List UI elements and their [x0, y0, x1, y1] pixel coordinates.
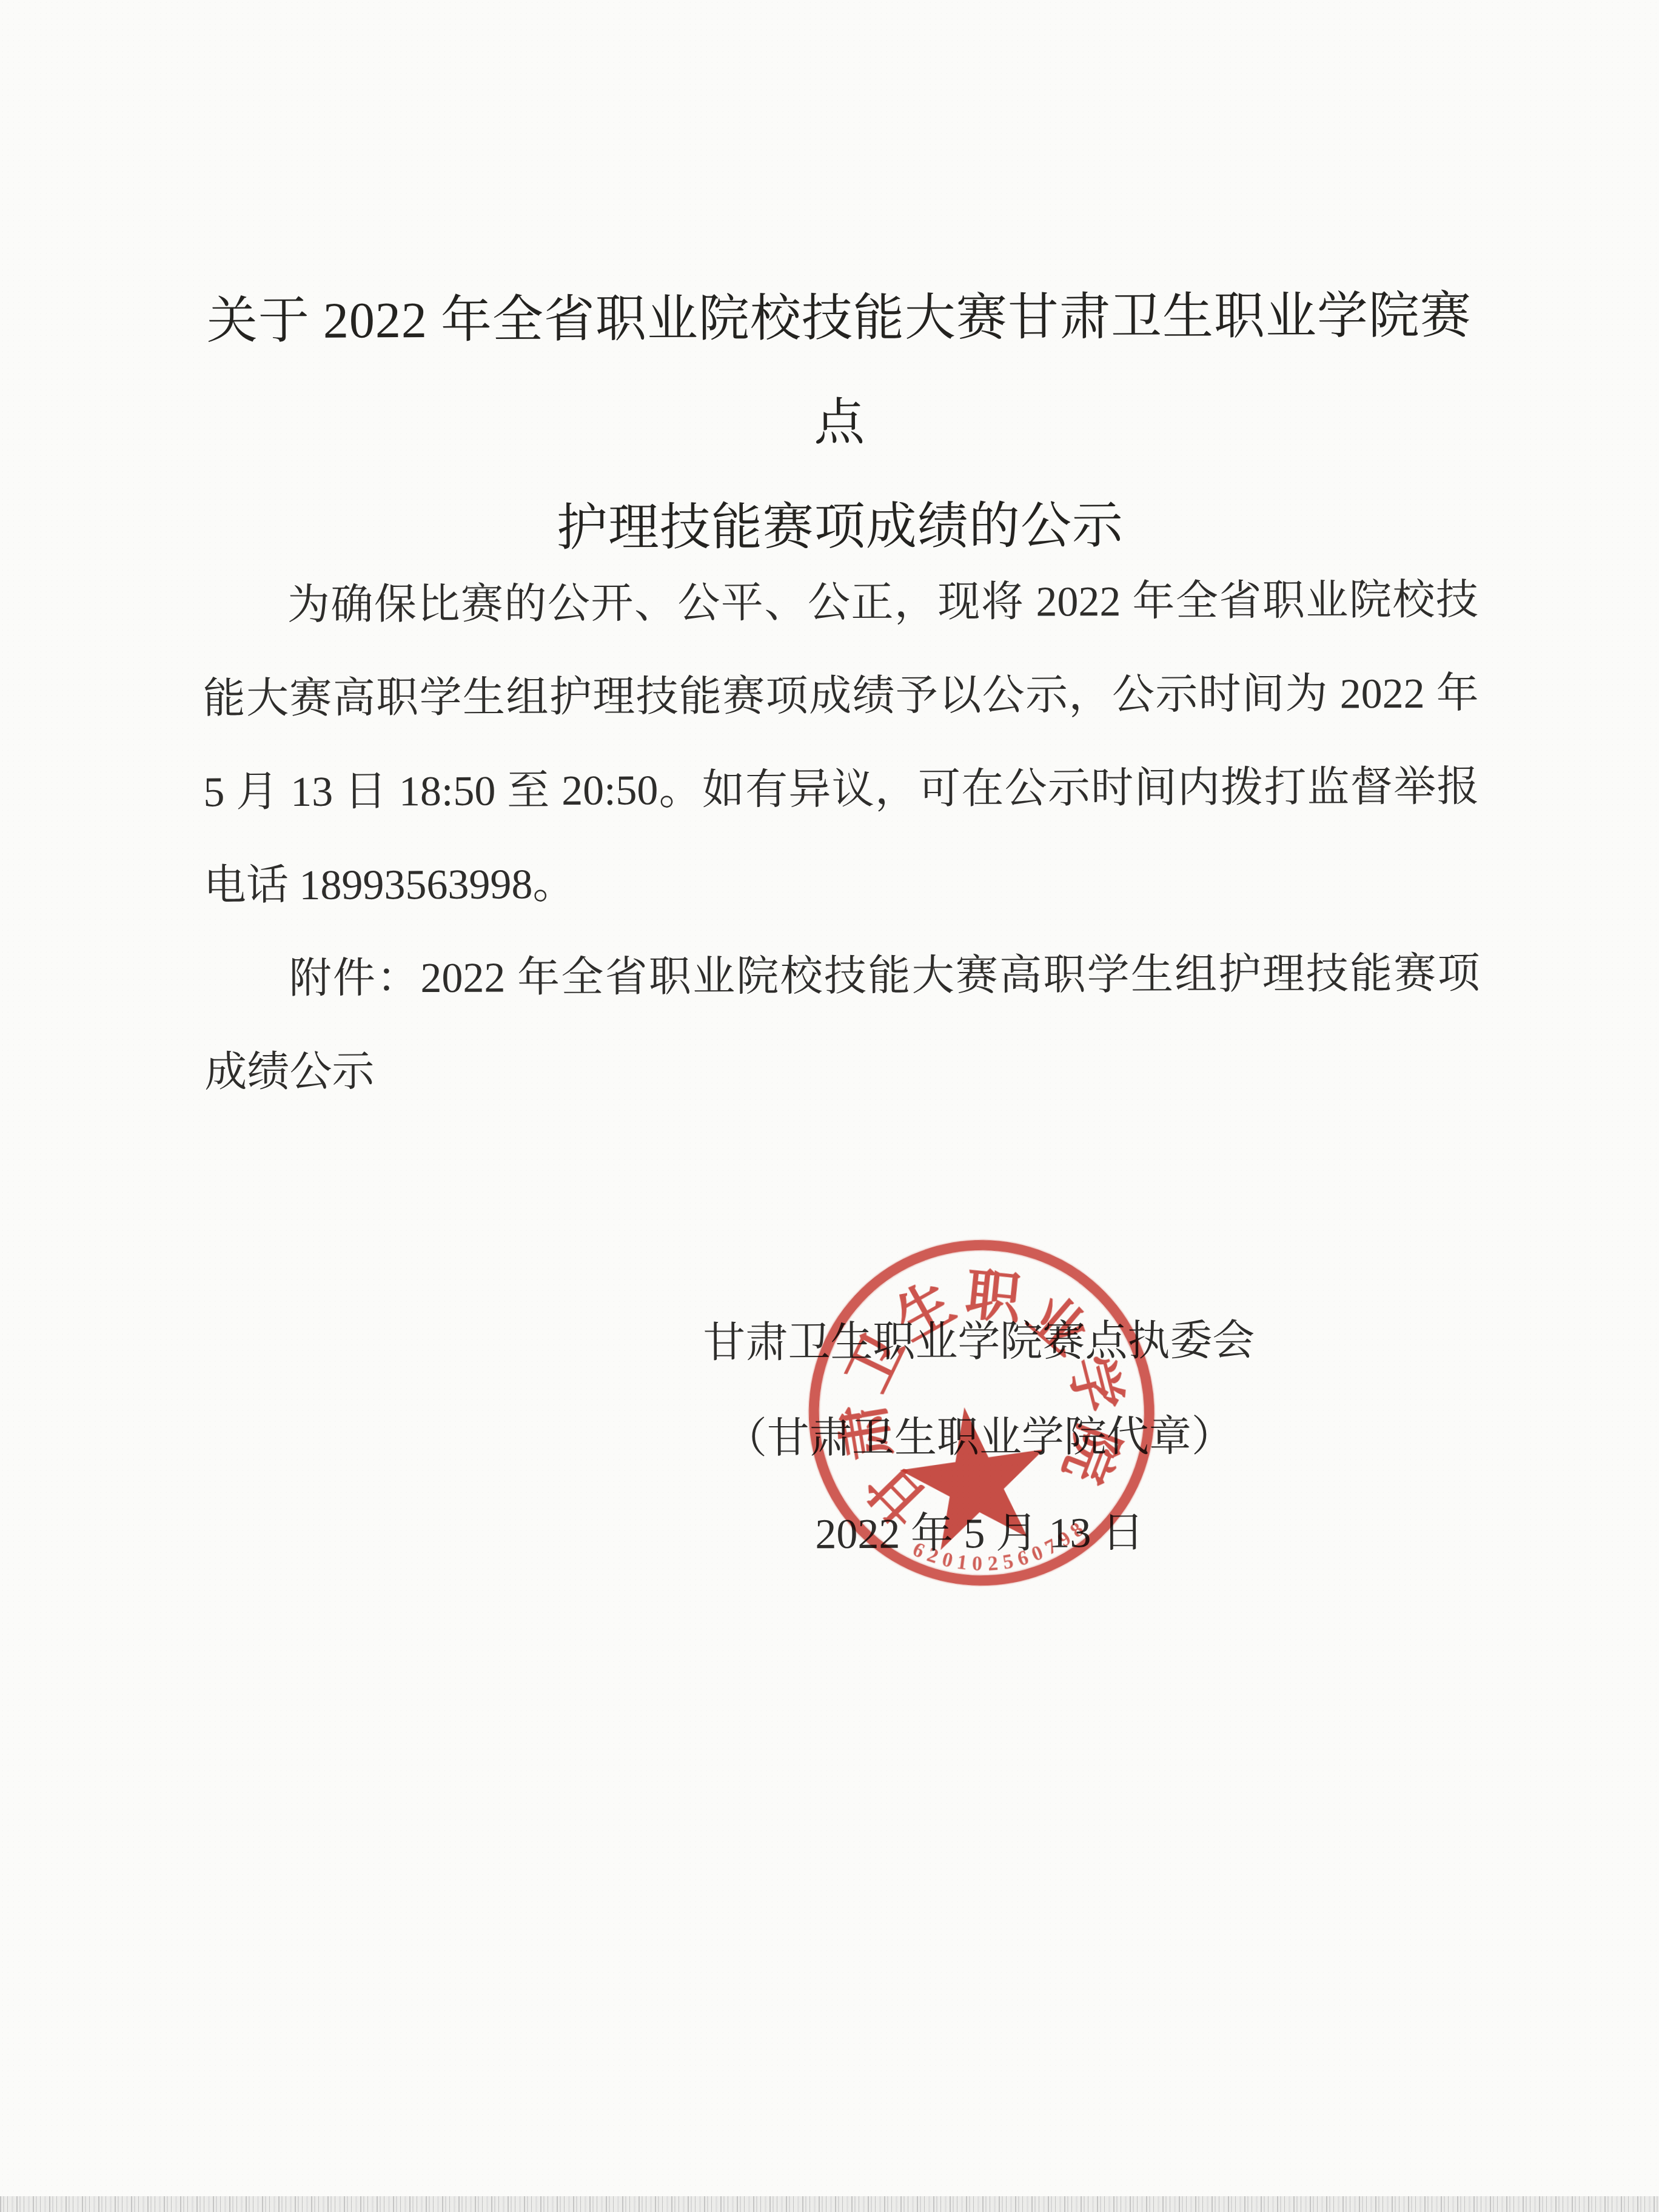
body-line: 电话 18993563998。	[204, 834, 1480, 933]
body-line: 5 月 13 日 18:50 至 20:50。如有异议，可在公示时间内拨打监督举…	[203, 740, 1480, 839]
document-page: 关于 2022 年全省职业院校技能大赛甘肃卫生职业学院赛点 护理技能赛项成绩的公…	[0, 0, 1659, 2212]
seal-ring-char: 职	[963, 1267, 1024, 1328]
document-title: 关于 2022 年全省职业院校技能大赛甘肃卫生职业学院赛点 护理技能赛项成绩的公…	[201, 264, 1478, 582]
body-line: 能大赛高职学生组护理技能赛项成绩予以公示，公示时间为 2022 年	[203, 647, 1479, 746]
document-content: 关于 2022 年全省职业院校技能大赛甘肃卫生职业学院赛点 护理技能赛项成绩的公…	[200, 0, 1486, 2212]
official-seal: 甘肃卫生职业学院 620102560798	[802, 1233, 1161, 1592]
title-line-1: 关于 2022 年全省职业院校技能大赛甘肃卫生职业学院赛点	[201, 264, 1478, 478]
scan-edge-artifact	[0, 2196, 1659, 2212]
body-line: 成绩公示	[204, 1021, 1481, 1119]
document-body: 为确保比赛的公开、公平、公正，现将 2022 年全省职业院校技 能大赛高职学生组…	[203, 554, 1481, 1119]
seal-serial-digit: 0	[972, 1554, 983, 1575]
body-line attachment-line: 附件：2022 年全省职业院校技能大赛高职学生组护理技能赛项	[204, 927, 1480, 1026]
seal-serial-digit: 2	[987, 1553, 999, 1575]
seal-ring-char: 肃	[834, 1399, 899, 1464]
body-line: 为确保比赛的公开、公平、公正，现将 2022 年全省职业院校技	[203, 554, 1479, 652]
